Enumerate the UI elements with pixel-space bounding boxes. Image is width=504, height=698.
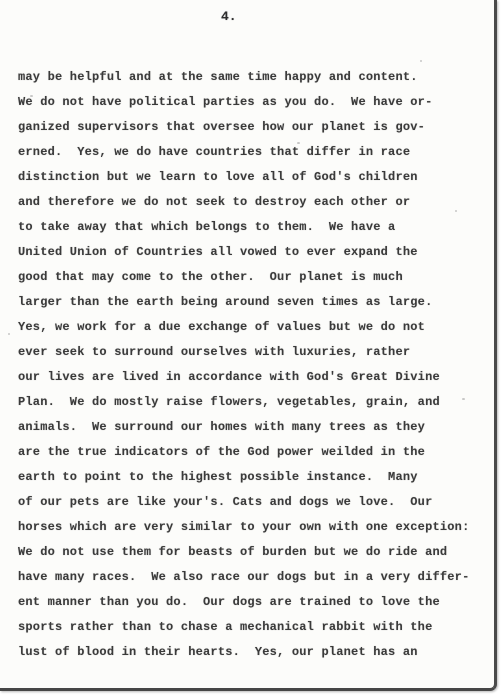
text-line: our lives are lived in accordance with G… (18, 365, 483, 390)
text-line: sports rather than to chase a mechanical… (18, 615, 483, 640)
scan-speck (462, 398, 465, 400)
text-line: distinction but we learn to love all of … (18, 165, 483, 190)
text-line: United Union of Countries all vowed to e… (18, 240, 483, 265)
scan-speck (8, 333, 10, 335)
text-line: lust of blood in their hearts. Yes, our … (18, 640, 483, 665)
page-number: 4. (221, 9, 237, 24)
scan-speck (297, 142, 300, 144)
text-line: have many races. We also race our dogs b… (18, 565, 483, 590)
scan-speck (420, 60, 422, 62)
text-line: larger than the earth being around seven… (18, 290, 483, 315)
text-line: earth to point to the highest possible i… (18, 465, 483, 490)
typewritten-text-block: may be helpful and at the same time happ… (18, 65, 483, 665)
text-line: of our pets are like your's. Cats and do… (18, 490, 483, 515)
scan-speck (30, 95, 33, 97)
text-line: We do not have political parties as you … (18, 90, 483, 115)
text-line: and therefore we do not seek to destroy … (18, 190, 483, 215)
text-line: animals. We surround our homes with many… (18, 415, 483, 440)
text-line: erned. Yes, we do have countries that di… (18, 140, 483, 165)
scan-speck (455, 210, 457, 212)
text-line: We do not use them for beasts of burden … (18, 540, 483, 565)
text-line: horses which are very similar to your ow… (18, 515, 483, 540)
text-line: ever seek to surround ourselves with lux… (18, 340, 483, 365)
scan-speck (443, 522, 445, 524)
text-line: ganized supervisors that oversee how our… (18, 115, 483, 140)
text-line: Plan. We do mostly raise flowers, vegeta… (18, 390, 483, 415)
text-line: good that may come to the other. Our pla… (18, 265, 483, 290)
text-line: are the true indicators of the God power… (18, 440, 483, 465)
text-line: to take away that which belongs to them.… (18, 215, 483, 240)
scanned-document-page: 4. may be helpful and at the same time h… (0, 0, 497, 691)
text-line: ent manner than you do. Our dogs are tra… (18, 590, 483, 615)
text-line: may be helpful and at the same time happ… (18, 65, 483, 90)
text-line: Yes, we work for a due exchange of value… (18, 315, 483, 340)
